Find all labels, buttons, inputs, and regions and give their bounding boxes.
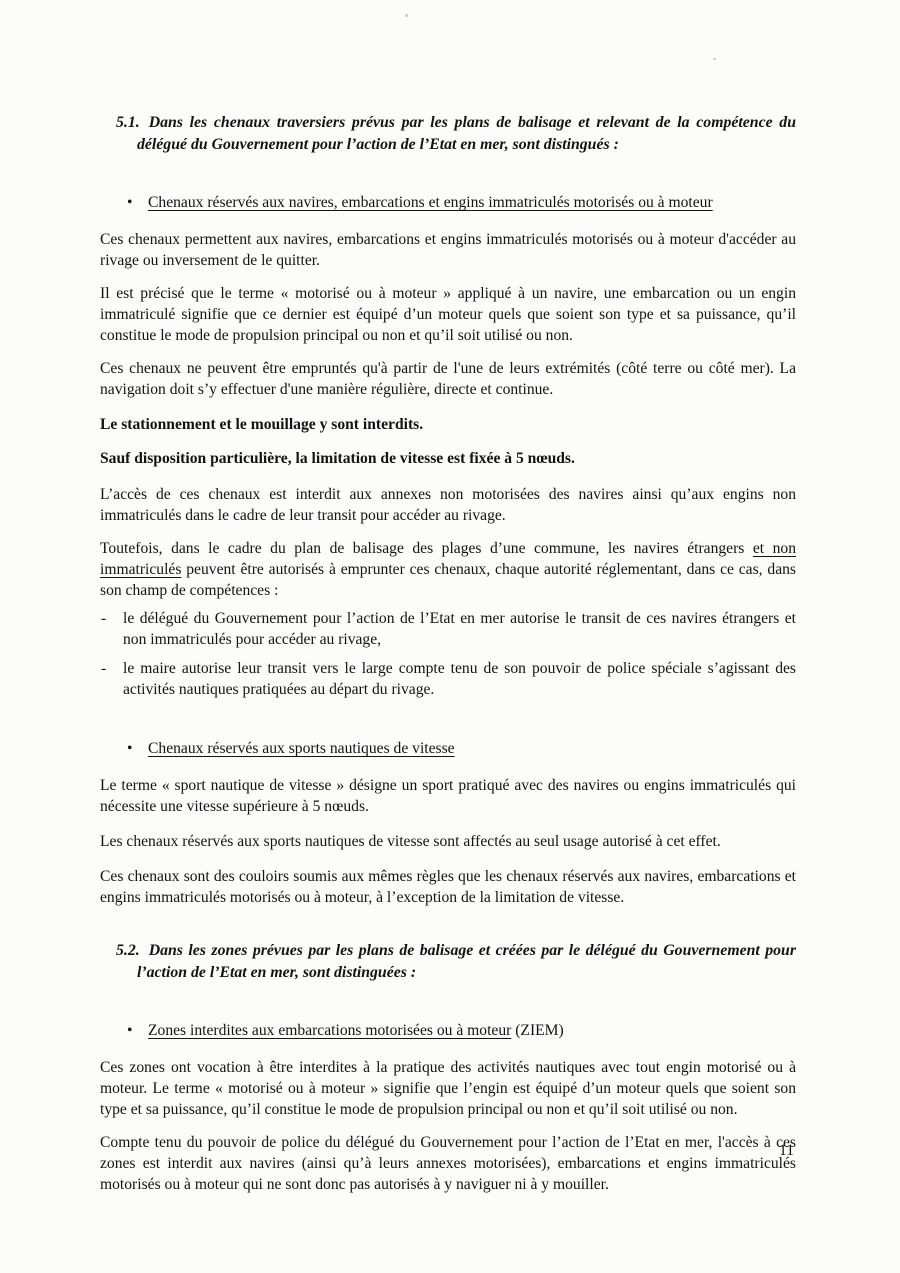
dash-icon: -	[101, 608, 106, 629]
bullet-ziem-acronym: (ZIEM)	[511, 1022, 563, 1039]
dash-item-delegue: - le délégué du Gouvernement pour l’acti…	[100, 608, 796, 650]
bullet-sports-vitesse-label: Chenaux réservés aux sports nautiques de…	[148, 738, 455, 759]
toutefois-text-end: peuvent être autorisés à emprunter ces c…	[100, 561, 796, 599]
toutefois-text-start: Toutefois, dans le cadre du plan de bali…	[100, 540, 753, 557]
spacer	[100, 908, 796, 940]
section-5-2-heading: 5.2.Dans les zones prévues par les plans…	[116, 940, 796, 984]
paragraph-affectes-seul-usage: Les chenaux réservés aux sports nautique…	[100, 831, 796, 852]
scan-speck	[713, 58, 716, 60]
section-5-2-title: Dans les zones prévues par les plans de …	[137, 942, 796, 981]
dash-item-delegue-text: le délégué du Gouvernement pour l’action…	[123, 610, 796, 648]
document-body: 5.1.Dans les chenaux traversiers prévus …	[100, 112, 796, 1207]
dash-icon: -	[101, 658, 106, 679]
paragraph-terme-motorise: Il est précisé que le terme « motorisé o…	[100, 283, 796, 346]
section-5-1-title: Dans les chenaux traversiers prévus par …	[137, 114, 796, 153]
bullet-chenaux-motorises: • Chenaux réservés aux navires, embarcat…	[100, 192, 796, 213]
paragraph-toutefois: Toutefois, dans le cadre du plan de bali…	[100, 538, 796, 601]
bullet-icon: •	[127, 192, 148, 213]
paragraph-acces-rivage: Ces chenaux permettent aux navires, emba…	[100, 229, 796, 271]
dash-item-maire-text: le maire autorise leur transit vers le l…	[123, 660, 796, 698]
bullet-ziem: • Zones interdites aux embarcations moto…	[100, 1020, 796, 1041]
scan-speck	[405, 14, 408, 17]
bullet-icon: •	[127, 1020, 148, 1041]
paragraph-zones-vocation: Ces zones ont vocation à être interdites…	[100, 1057, 796, 1120]
dash-item-maire: - le maire autorise leur transit vers le…	[100, 658, 796, 700]
statement-stationnement-interdit: Le stationnement et le mouillage y sont …	[100, 414, 796, 435]
section-5-1-heading: 5.1.Dans les chenaux traversiers prévus …	[116, 112, 796, 156]
section-5-2-number: 5.2.	[116, 942, 140, 959]
statement-limitation-vitesse: Sauf disposition particulière, la limita…	[100, 448, 796, 469]
page-number: 11	[779, 1142, 794, 1160]
scanned-document-page: 5.1.Dans les chenaux traversiers prévus …	[0, 0, 900, 1273]
paragraph-compte-tenu-police: Compte tenu du pouvoir de police du délé…	[100, 1132, 796, 1195]
bullet-ziem-underlined: Zones interdites aux embarcations motori…	[148, 1022, 511, 1039]
bullet-icon: •	[127, 738, 148, 759]
section-5-1-number: 5.1.	[116, 114, 140, 131]
bullet-sports-vitesse: • Chenaux réservés aux sports nautiques …	[100, 738, 796, 759]
bullet-ziem-label: Zones interdites aux embarcations motori…	[148, 1020, 564, 1041]
paragraph-annexes-non-motorisees: L’accès de ces chenaux est interdit aux …	[100, 484, 796, 526]
paragraph-couloirs-memes-regles: Ces chenaux sont des couloirs soumis aux…	[100, 866, 796, 908]
spacer	[100, 708, 796, 738]
paragraph-extremites: Ces chenaux ne peuvent être empruntés qu…	[100, 358, 796, 400]
paragraph-sport-nautique-terme: Le terme « sport nautique de vitesse » d…	[100, 775, 796, 817]
bullet-chenaux-motorises-label: Chenaux réservés aux navires, embarcatio…	[148, 192, 713, 213]
